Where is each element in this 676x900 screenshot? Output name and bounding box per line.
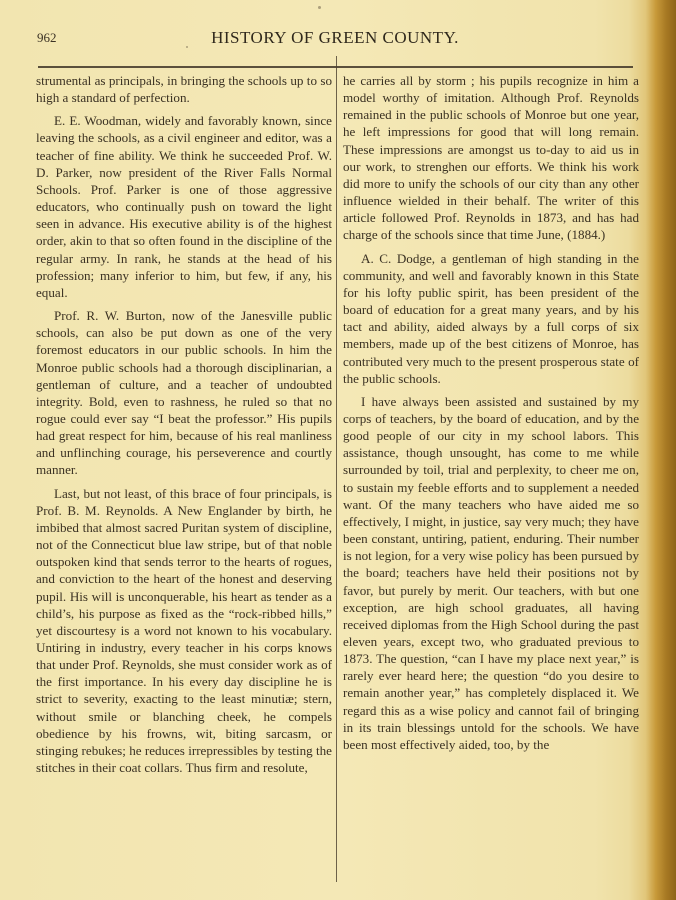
paragraph: strumental as principals, in bringing th… [36, 72, 332, 106]
paragraph: E. E. Woodman, widely and favorably know… [36, 112, 332, 301]
column-divider [336, 56, 337, 882]
paragraph: Prof. R. W. Burton, now of the Janesvill… [36, 307, 332, 479]
running-head: 962 HISTORY OF GREEN COUNTY. [37, 28, 633, 52]
book-page: 962 HISTORY OF GREEN COUNTY. strumental … [0, 0, 676, 900]
paper-speck [318, 6, 321, 9]
right-column: he carries all by storm ; his pupils rec… [343, 72, 639, 759]
page-title: HISTORY OF GREEN COUNTY. [37, 28, 633, 48]
paragraph: I have always been assisted and sustaine… [343, 393, 639, 753]
paragraph: he carries all by storm ; his pupils rec… [343, 72, 639, 244]
paragraph: A. C. Dodge, a gentleman of high standin… [343, 250, 639, 387]
left-column: strumental as principals, in bringing th… [36, 72, 332, 782]
paragraph: Last, but not least, of this brace of fo… [36, 485, 332, 777]
